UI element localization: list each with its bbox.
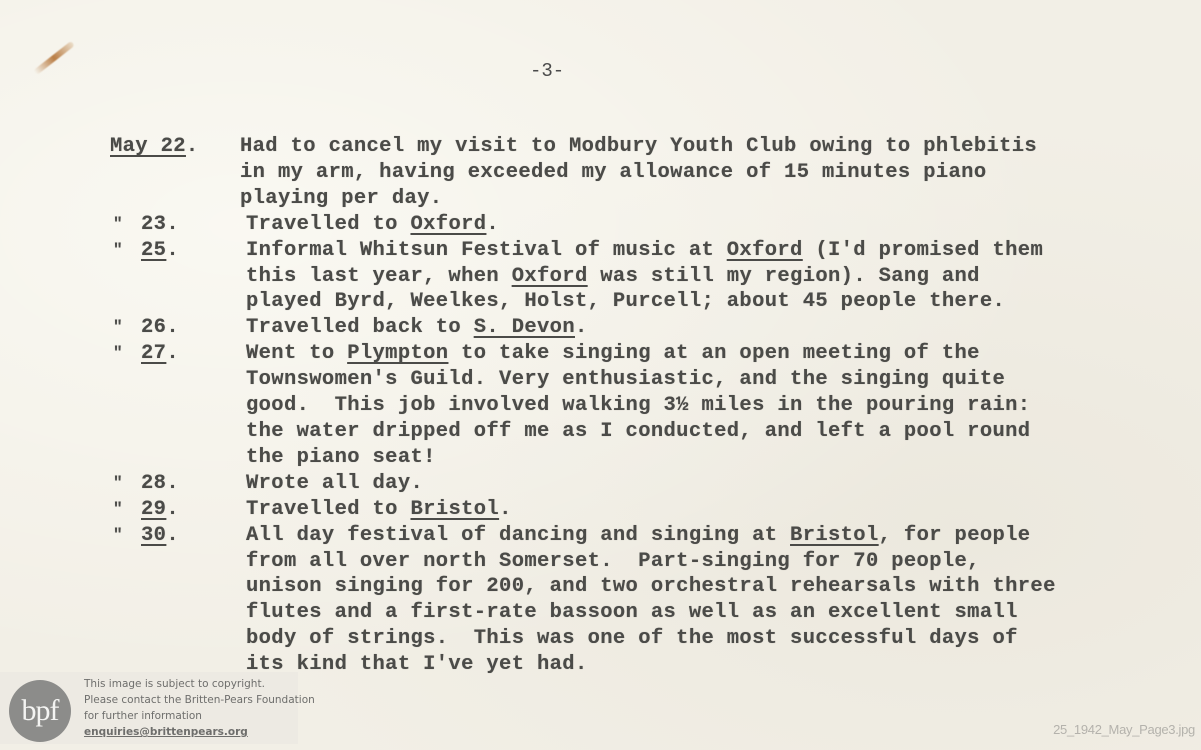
diary-entry: "23.Travelled to Oxford. (110, 212, 1201, 238)
diary-entries: May 22.Had to cancel my visit to Modbury… (110, 134, 1201, 678)
ditto-mark: " (110, 315, 141, 341)
page-number: -3- (530, 60, 564, 82)
entry-text: Travelled back to S. Devon. (246, 315, 1201, 341)
entry-text: Travelled to Oxford. (246, 212, 1201, 238)
underlined-place: Oxford (410, 213, 486, 236)
underlined-place: Oxford (512, 265, 588, 288)
email-link[interactable]: enquiries@brittenpears.org (84, 726, 248, 738)
ditto-mark: " (110, 238, 141, 316)
entry-date: 23. (141, 212, 246, 238)
entry-date: 30. (141, 523, 246, 678)
rust-stain-mark (33, 41, 75, 75)
entry-text: Informal Whitsun Festival of music at Ox… (246, 238, 1201, 316)
copyright-notice: This image is subject to copyright. Plea… (84, 676, 315, 740)
entry-text: Wrote all day. (246, 471, 1201, 497)
filename-label: 25_1942_May_Page3.jpg (1053, 722, 1195, 737)
copyright-line-2: Please contact the Britten-Pears Foundat… (84, 692, 315, 708)
diary-entry: "27.Went to Plympton to take singing at … (110, 341, 1201, 471)
ditto-mark: " (110, 523, 141, 678)
diary-entry: "25.Informal Whitsun Festival of music a… (110, 238, 1201, 316)
entry-text: All day festival of dancing and singing … (246, 523, 1201, 678)
entry-date: 28. (141, 471, 246, 497)
underlined-place: Plympton (347, 342, 448, 365)
entry-text: Travelled to Bristol. (246, 497, 1201, 523)
underlined-place: Bristol (410, 498, 499, 521)
entry-date: May 22. (110, 134, 240, 212)
diary-entry: "26.Travelled back to S. Devon. (110, 315, 1201, 341)
ditto-mark: " (110, 341, 141, 471)
entry-date: 25. (141, 238, 246, 316)
underlined-place: Oxford (727, 239, 803, 262)
ditto-mark: " (110, 212, 141, 238)
copyright-line-3: for further information (84, 708, 315, 724)
ditto-mark: " (110, 471, 141, 497)
entry-date: 26. (141, 315, 246, 341)
ditto-mark: " (110, 497, 141, 523)
entry-date: 29. (141, 497, 246, 523)
diary-entry: "28.Wrote all day. (110, 471, 1201, 497)
bpf-logo: bpf (9, 680, 71, 742)
entry-date: 27. (141, 341, 246, 471)
underlined-place: S. Devon (474, 316, 575, 339)
entry-text: Went to Plympton to take singing at an o… (246, 341, 1201, 471)
diary-entry: "29.Travelled to Bristol. (110, 497, 1201, 523)
copyright-line-1: This image is subject to copyright. (84, 676, 315, 692)
entry-text: Had to cancel my visit to Modbury Youth … (240, 134, 1195, 212)
diary-entry: May 22.Had to cancel my visit to Modbury… (110, 134, 1201, 212)
diary-entry: "30.All day festival of dancing and sing… (110, 523, 1201, 678)
underlined-place: Bristol (790, 524, 879, 547)
